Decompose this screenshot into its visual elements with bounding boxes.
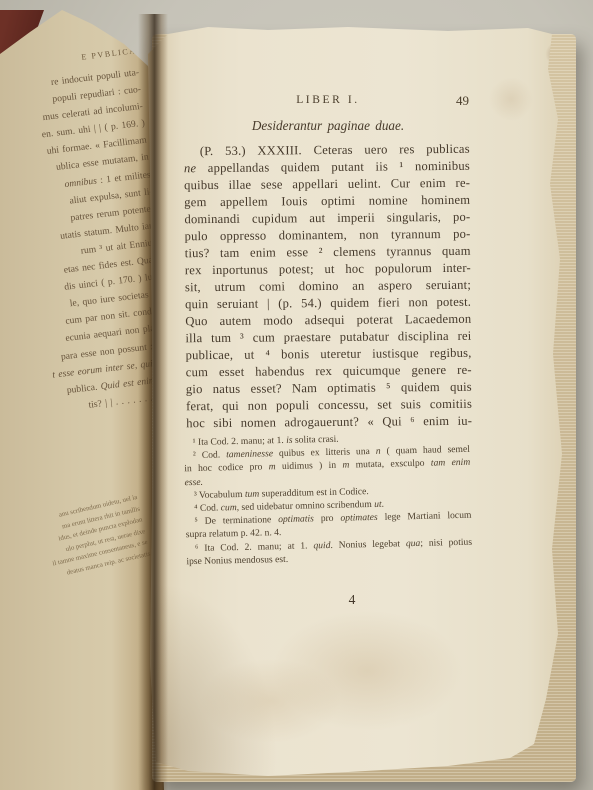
footnotes: ¹ Ita Cod. 2. manu; at 1. is solita cras… xyxy=(184,430,473,568)
signature-mark: 4 xyxy=(148,592,556,608)
right-page: LIBER I. 49 Desiderantur paginae duae. (… xyxy=(148,24,570,776)
gutter-shadow xyxy=(138,14,168,790)
running-header-row: LIBER I. 49 xyxy=(185,94,471,106)
body-line: hoc sibi nomen adrogauerunt? « Qui ⁶ eni… xyxy=(186,413,472,432)
body-text: (P. 53.) XXXIII. Ceteras uero res public… xyxy=(184,141,473,432)
section-heading: Desiderantur paginae duae. xyxy=(185,118,471,134)
left-page-footnote-fragments: anu scribendum uidetu, uel iama erunt li… xyxy=(0,492,152,594)
running-header-title: LIBER I. xyxy=(296,94,360,106)
right-page-content: LIBER I. 49 Desiderantur paginae duae. (… xyxy=(148,24,570,776)
page-number: 49 xyxy=(456,93,469,109)
